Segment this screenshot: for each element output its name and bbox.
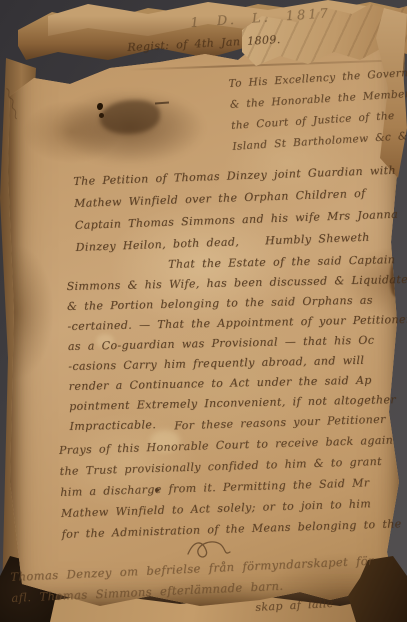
address-block: To His Excellency the Governor & the Hon…	[228, 62, 407, 158]
margin-scribble	[2, 86, 20, 121]
registration-line: Regist: of 4th Jan 1809.	[127, 33, 281, 54]
archive-mark: 1 D. L. 1817	[190, 6, 331, 31]
petition-intro: The Petition of Thomas Dinzey joint Guar…	[73, 160, 399, 259]
humbly-sheweth: Humbly Sheweth	[265, 231, 370, 248]
petition-prayer: For these reasons your Petitioner Prays …	[58, 408, 402, 545]
manuscript-text: Dinzey Heilon, both dead,	[75, 235, 239, 254]
next-sheet-text-fragment: skap af lälle	[255, 597, 334, 614]
handwritten-text-layer: 1 D. L. 1817 Regist: of 4th Jan 1809. To…	[0, 0, 407, 622]
